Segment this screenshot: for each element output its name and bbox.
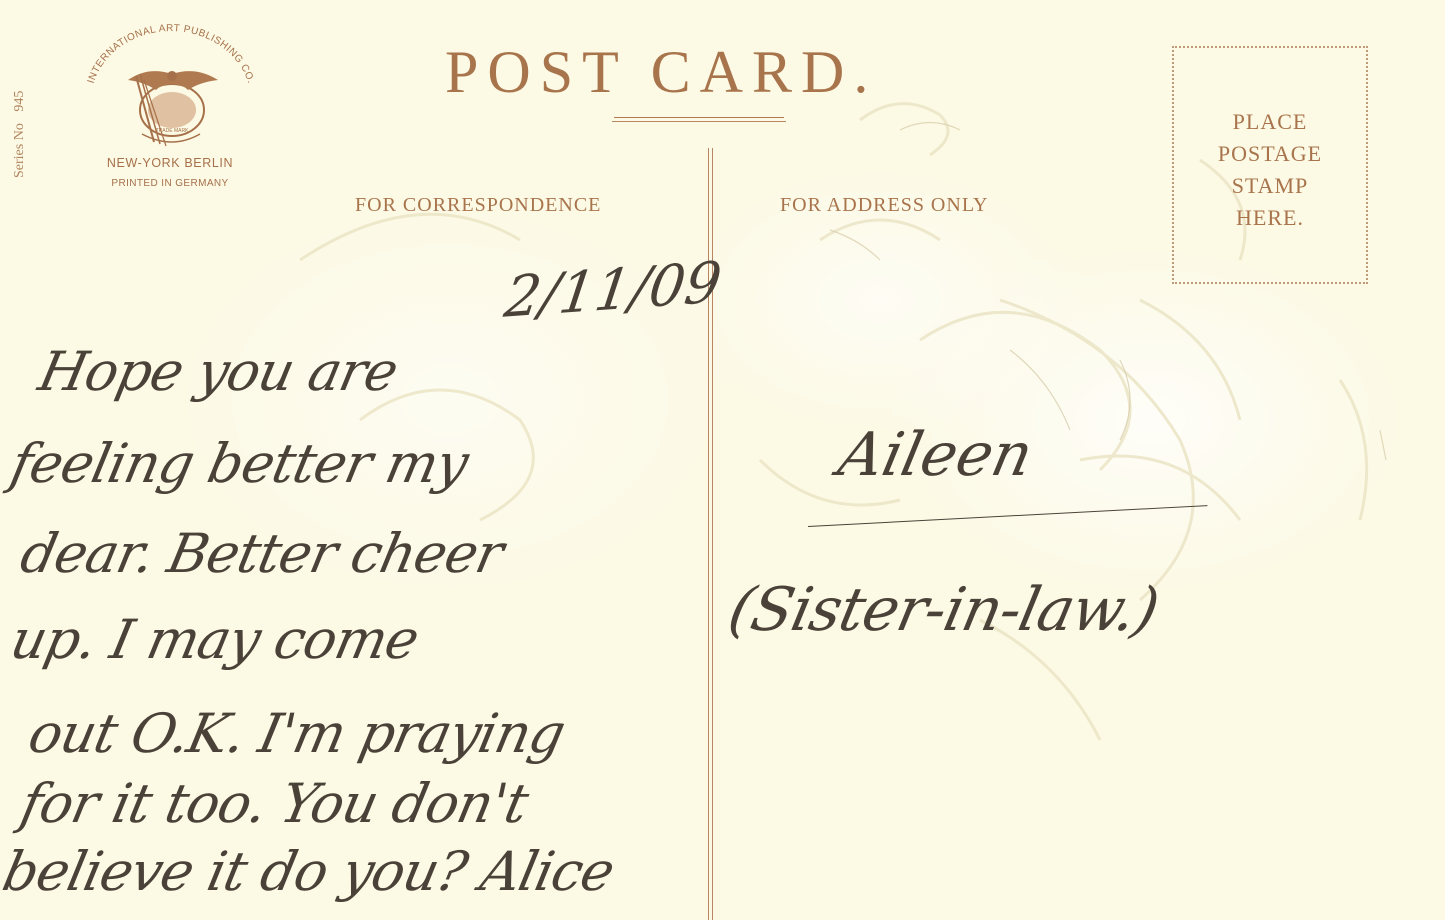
publisher-printed-in: PRINTED IN GERMANY [85, 178, 255, 189]
series-label: Series No [12, 123, 27, 178]
svg-text:TRADE MARK: TRADE MARK [156, 128, 189, 134]
recipient-name: Aileen [833, 420, 1039, 490]
publisher-cities: NEW-YORK BERLIN [85, 156, 255, 170]
stamp-instructions: PLACE POSTAGE STAMP HERE. [1174, 106, 1366, 234]
message-line: feeling better my [5, 432, 473, 495]
title-underline [614, 117, 784, 118]
stamp-line: STAMP [1174, 170, 1366, 202]
publisher-logo: INTERNATIONAL ART PUBLISHING CO. TRADE M… [80, 10, 260, 200]
recipient-relation: (Sister-in-law.) [723, 575, 1165, 645]
postcard-back: Series No 945 INTERNATIONAL ART PUBLISHI… [0, 0, 1445, 920]
message-line: up. I may come [5, 608, 424, 671]
eagle-palette-trademark-icon: INTERNATIONAL ART PUBLISHING CO. TRADE M… [80, 10, 260, 160]
stamp-line: PLACE [1174, 106, 1366, 138]
title-underline-secondary [612, 121, 786, 122]
message-line: Hope you are [33, 340, 403, 403]
message-line: out O.K. I'm praying [23, 702, 570, 765]
series-value: 945 [12, 91, 27, 112]
postcard-title: POST CARD. [445, 38, 985, 107]
recipient-underline [808, 505, 1208, 527]
handwritten-date: 2/11/09 [501, 250, 726, 331]
message-line: dear. Better cheer [15, 522, 508, 585]
address-label: FOR ADDRESS ONLY [780, 194, 988, 217]
stamp-box: PLACE POSTAGE STAMP HERE. [1172, 46, 1368, 284]
stamp-line: POSTAGE [1174, 138, 1366, 170]
stamp-line: HERE. [1174, 202, 1366, 234]
correspondence-label: FOR CORRESPONDENCE [355, 194, 601, 217]
message-line: believe it do you? Alice [0, 840, 619, 903]
message-line: for it too. You don't [15, 772, 533, 835]
series-number: Series No 945 [12, 91, 28, 178]
